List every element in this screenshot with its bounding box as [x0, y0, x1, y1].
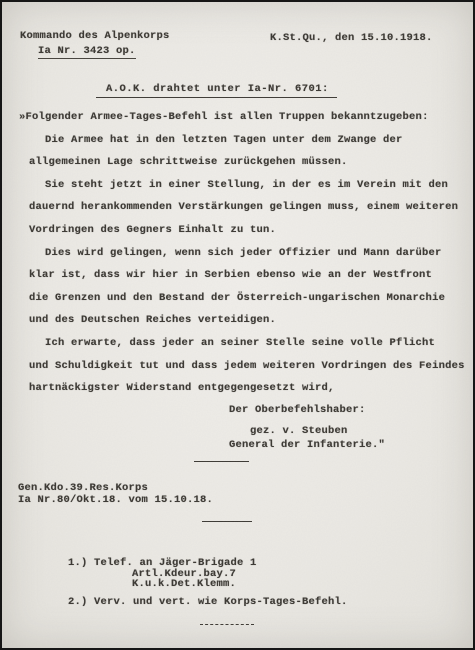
body-line: hartnäckigster Widerstand entgegengesetz…: [29, 377, 471, 400]
letterhead-unit: Kommando des Alpenkorps: [20, 30, 170, 42]
body-line: Vordringen des Gegners Einhalt zu tun.: [29, 219, 471, 242]
body-line: dauernd herankommenden Verstärkungen gel…: [29, 196, 471, 219]
letterhead-place-date: K.St.Qu., den 15.10.1918.: [270, 32, 433, 44]
scanned-document-page: Kommando des Alpenkorps Ia Nr. 3423 op. …: [0, 0, 475, 650]
order-body: »Folgender Armee-Tages-Befehl ist allen …: [29, 106, 471, 400]
distribution-item-1-subline: K.u.k.Det.Klemm.: [132, 578, 236, 590]
separator-rule: [202, 521, 252, 522]
body-line: Sie steht jetzt in einer Stellung, in de…: [29, 174, 471, 197]
receiving-unit: Gen.Kdo.39.Res.Korps: [18, 482, 148, 494]
distribution-item-2: 2.) Verv. und vert. wie Korps-Tages-Befe…: [68, 596, 348, 608]
signature-name: gez. v. Steuben: [250, 425, 348, 437]
body-line: »Folgender Armee-Tages-Befehl ist allen …: [19, 106, 471, 129]
body-line: die Grenzen und den Bestand der Österrei…: [29, 287, 471, 310]
body-line: Ich erwarte, dass jeder an seiner Stelle…: [29, 332, 471, 355]
body-line: klar ist, dass wir hier in Serbien ebens…: [29, 264, 471, 287]
separator-rule: [194, 461, 249, 462]
body-line: und des Deutschen Reiches verteidigen.: [29, 309, 471, 332]
letterhead-file-number: Ia Nr. 3423 op.: [38, 45, 136, 59]
signature-title: Der Oberbefehlshaber:: [229, 404, 366, 416]
signature-rank: General der Infanterie.": [229, 439, 385, 451]
body-line: und Schuldigkeit tut und dass jedem weit…: [29, 355, 471, 378]
body-line: Die Armee hat in den letzten Tagen unter…: [29, 129, 471, 152]
body-line: allgemeinen Lage schrittweise zurückgehe…: [29, 151, 471, 174]
separator-rule-dashed: [200, 624, 254, 625]
body-line: Dies wird gelingen, wenn sich jeder Offi…: [29, 242, 471, 265]
receiving-file-number: Ia Nr.80/Okt.18. vom 15.10.18.: [18, 494, 213, 506]
subject-line: A.O.K. drahtet unter Ia-Nr. 6701:: [96, 83, 337, 98]
